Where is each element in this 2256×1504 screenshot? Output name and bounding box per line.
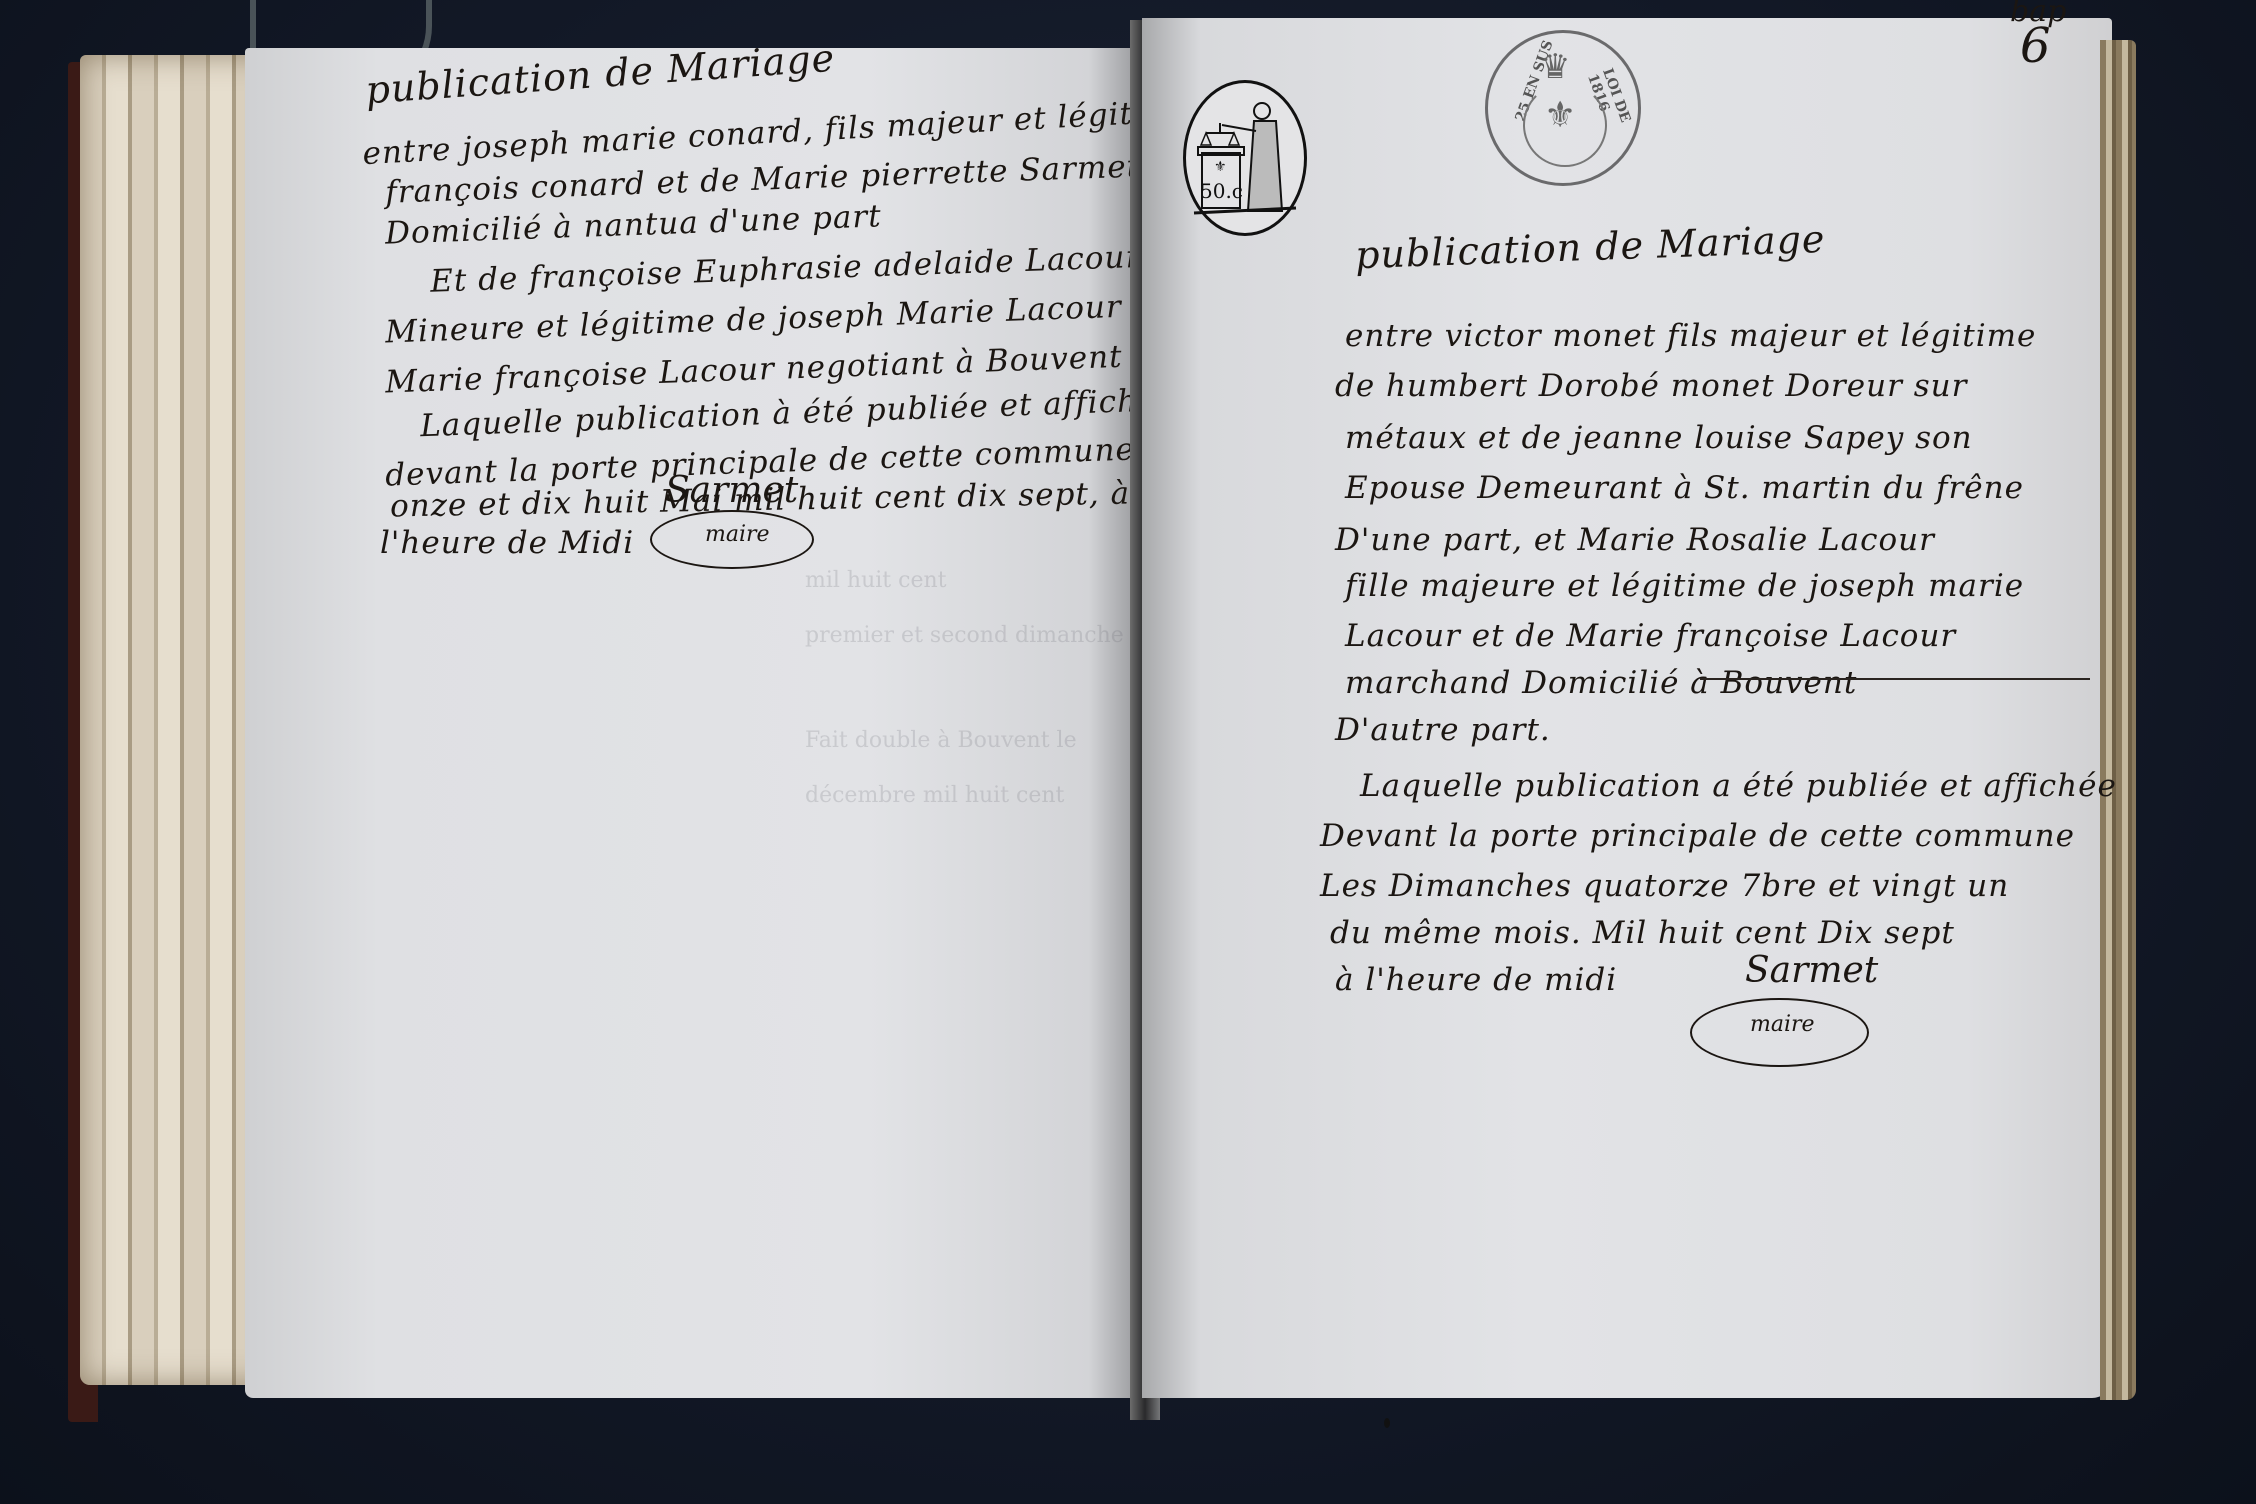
ink-spot xyxy=(1384,1418,1390,1428)
ghost-text: décembre mil huit cent xyxy=(805,783,1064,808)
right-line-11: Devant la porte principale de cette comm… xyxy=(1320,818,2075,854)
royal-stamp: 25 EN SUS LOI DE 1816 ♛ ⚜ xyxy=(1485,30,1641,186)
right-line-6: fille majeure et légitime de joseph mari… xyxy=(1345,568,2024,604)
right-line-10: Laquelle publication a été publiée et af… xyxy=(1360,768,2117,804)
right-line-5: D'une part, et Marie Rosalie Lacour xyxy=(1335,522,1935,558)
ghost-text: mil huit cent xyxy=(805,568,947,593)
right-line-9: D'autre part. xyxy=(1335,712,1551,748)
right-line-14: à l'heure de midi xyxy=(1335,962,1617,998)
line-filler xyxy=(1700,678,2090,680)
stamp-inner-ring xyxy=(1523,83,1607,167)
signature-role: maire xyxy=(705,522,770,547)
stamp-value: 50.c xyxy=(1200,179,1243,203)
fiscal-stamp: ⚜ 50.c xyxy=(1183,80,1307,236)
right-line-13: du même mois. Mil huit cent Dix sept xyxy=(1330,915,1955,951)
crown-icon: ♛ xyxy=(1540,47,1570,87)
signature-role: maire xyxy=(1750,1012,1815,1037)
right-line-4: Epouse Demeurant à St. martin du frêne xyxy=(1345,470,2024,506)
right-line-8: marchand Domicilié à Bouvent xyxy=(1345,665,1857,701)
ghost-text: premier et second dimanche xyxy=(805,623,1124,648)
right-line-3: métaux et de jeanne louise Sapey son xyxy=(1345,420,1973,456)
svg-text:⚜: ⚜ xyxy=(1214,159,1227,175)
right-line-1: entre victor monet fils majeur et légiti… xyxy=(1345,318,2036,354)
right-line-2: de humbert Dorobé monet Doreur sur xyxy=(1335,368,1967,404)
page-stack-right xyxy=(2100,40,2136,1400)
ghost-text: Fait double à Bouvent le xyxy=(805,728,1077,753)
right-line-12: Les Dimanches quatorze 7bre et vingt un xyxy=(1320,868,2009,904)
signature-name: Sarmet xyxy=(665,470,798,511)
signature-name: Sarmet xyxy=(1745,950,1878,991)
folio-number: 6 xyxy=(2020,18,2051,74)
right-line-7: Lacour et de Marie françoise Lacour xyxy=(1345,618,1956,654)
justice-figure-icon: ⚜ xyxy=(1186,83,1304,233)
left-line-10: l'heure de Midi xyxy=(380,525,634,561)
